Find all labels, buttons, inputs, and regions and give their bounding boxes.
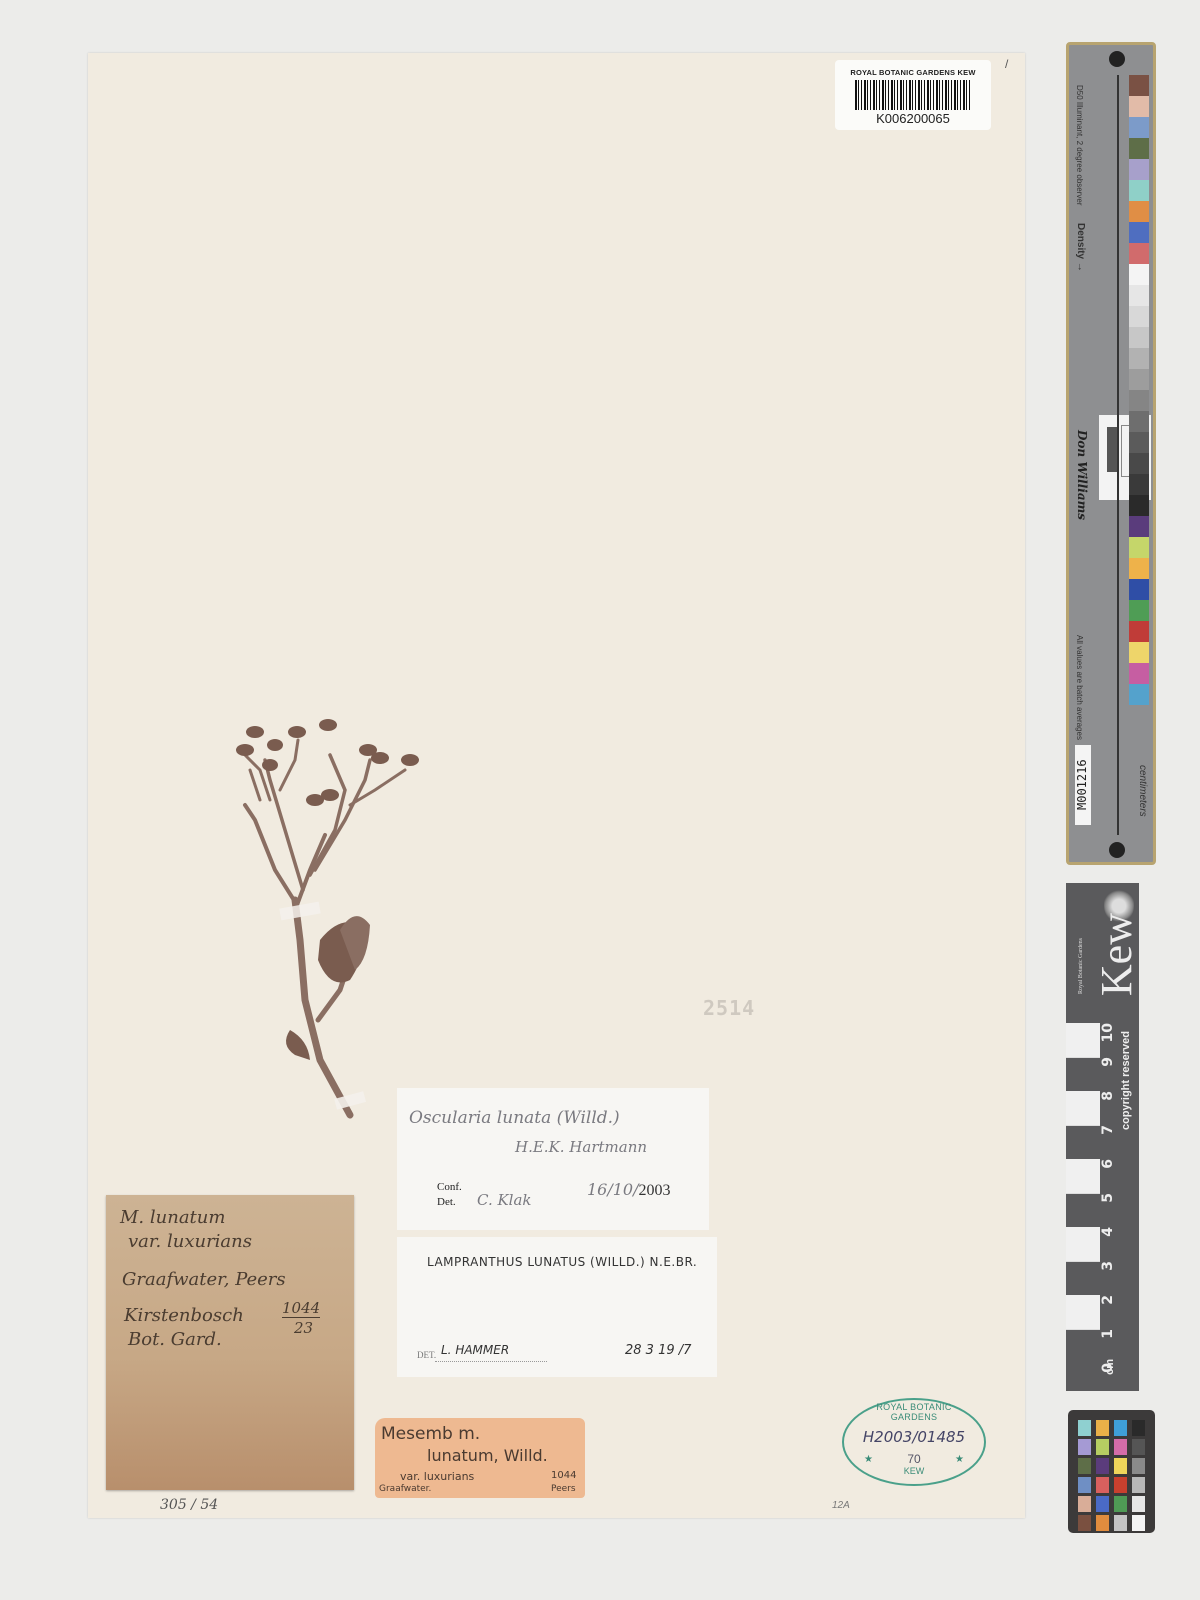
packet-fraction-denominator: 23 — [294, 1319, 313, 1337]
packet-line-5: Bot. Gard. — [128, 1329, 222, 1350]
det2-dotted-line — [435, 1361, 547, 1362]
barcode-label: ROYAL BOTANIC GARDENS KEW K006200065 — [835, 60, 991, 130]
checker-swatch — [1132, 1420, 1145, 1436]
pressed-plant-specimen — [200, 700, 430, 1140]
scale-tick-line — [1117, 75, 1119, 835]
kew-accession-stamp: ROYAL BOTANIC GARDENS H2003/01485 ★ 70 ★… — [842, 1398, 986, 1486]
ruler-white-strip — [1066, 1091, 1100, 1125]
scale-brand-logo: Don Williams — [1075, 430, 1089, 520]
scale-hole-bottom — [1109, 842, 1125, 858]
checker-swatch — [1096, 1477, 1109, 1493]
checker-swatch — [1132, 1496, 1145, 1512]
ruler-tick — [1066, 1193, 1100, 1194]
color-patch — [1129, 537, 1149, 558]
color-patch — [1129, 684, 1149, 705]
orange-label-line-2: lunatum, Willd. — [427, 1446, 548, 1465]
density-label: Density → — [1075, 223, 1086, 272]
illuminant-note: D50 Illuminant, 2 degree observer — [1075, 85, 1084, 206]
barcode-number: K006200065 — [835, 111, 991, 126]
det1-taxon-name: Oscularia lunata (Willd.) — [409, 1108, 620, 1128]
det1-date-day-month: 16/10/ — [587, 1180, 639, 1199]
color-patch — [1129, 306, 1149, 327]
checker-swatch — [1078, 1496, 1091, 1512]
color-patch — [1129, 327, 1149, 348]
checker-swatch — [1096, 1496, 1109, 1512]
color-patch — [1129, 348, 1149, 369]
ruler-tick — [1066, 1329, 1100, 1330]
packet-fraction-numerator: 1044 — [282, 1299, 320, 1318]
color-patch — [1129, 201, 1149, 222]
ruler-number: 3 — [1100, 1261, 1116, 1271]
faint-stamp-number: 2514 — [703, 996, 755, 1020]
color-patch — [1129, 138, 1149, 159]
ruler-number: 1 — [1100, 1329, 1116, 1339]
corner-pencil-mark: / — [1005, 57, 1008, 71]
orange-label-line-3: var. luxurians — [400, 1470, 474, 1483]
barcode-bars — [855, 80, 971, 110]
checker-swatch — [1114, 1477, 1127, 1493]
ruler-tick — [1066, 1261, 1100, 1262]
det2-determiner: L. HAMMER — [441, 1343, 509, 1357]
packet-line-3: Graafwater, Peers — [122, 1269, 286, 1290]
color-patch — [1129, 495, 1149, 516]
ruler-numbers: 109876543210 — [1100, 1023, 1118, 1383]
color-patch — [1129, 264, 1149, 285]
orange-label-number: 1044 — [551, 1470, 576, 1481]
checker-swatch — [1078, 1458, 1091, 1474]
checker-swatch — [1132, 1515, 1145, 1531]
checker-swatch — [1096, 1458, 1109, 1474]
packet-line-4: Kirstenbosch — [124, 1305, 244, 1326]
det1-conf-det-labels: Conf. Det. — [437, 1180, 462, 1210]
averages-note: All values are batch averages — [1075, 635, 1084, 740]
color-patch — [1129, 558, 1149, 579]
color-patches — [1129, 75, 1149, 705]
checker-swatch — [1114, 1515, 1127, 1531]
color-patch — [1129, 516, 1149, 537]
centimeters-label: centimeters — [1137, 765, 1148, 817]
kew-logo: Kew — [1091, 913, 1142, 996]
ruler-number: 2 — [1100, 1295, 1116, 1305]
det1-date: 16/10/2003 — [587, 1180, 671, 1200]
stamp-kew-text: KEW — [844, 1466, 984, 1476]
ruler-white-strip — [1066, 1295, 1100, 1329]
checker-swatch — [1096, 1420, 1109, 1436]
stamp-arc-text: ROYAL BOTANIC GARDENS — [854, 1402, 974, 1422]
color-patch — [1129, 579, 1149, 600]
checker-swatch — [1114, 1420, 1127, 1436]
det2-date: 28 3 19 /7 — [625, 1343, 691, 1358]
original-collection-label: Mesemb m. lunatum, Willd. var. luxurians… — [375, 1418, 585, 1498]
kew-logo-subtitle: Royal Botanic Gardens — [1078, 938, 1084, 994]
ruler-white-strip — [1066, 1159, 1100, 1193]
ruler-number: 10 — [1100, 1023, 1116, 1042]
seed-packet: M. lunatum var. luxurians Graafwater, Pe… — [106, 1195, 354, 1490]
det1-determiner: C. Klak — [477, 1191, 532, 1209]
color-patch — [1129, 390, 1149, 411]
checker-swatch — [1078, 1515, 1091, 1531]
checker-swatch — [1114, 1496, 1127, 1512]
checker-swatch — [1078, 1439, 1091, 1455]
color-patch — [1129, 474, 1149, 495]
color-patch — [1129, 222, 1149, 243]
packet-line-2: var. luxurians — [128, 1231, 252, 1252]
orange-label-locality: Graafwater. — [379, 1484, 431, 1494]
color-patch — [1129, 243, 1149, 264]
determination-slip-old: LAMPRANTHUS LUNATUS (WILLD.) N.E.BR. DET… — [397, 1237, 717, 1377]
ruler-tick — [1066, 1057, 1100, 1058]
ruler-number: 5 — [1100, 1193, 1116, 1203]
stamp-accession-number: H2003/01485 — [852, 1428, 976, 1446]
orange-label-collector: Peers — [551, 1484, 576, 1494]
color-patch — [1129, 453, 1149, 474]
ruler-checker-pattern — [1066, 1023, 1100, 1358]
barcode-institution: ROYAL BOTANIC GARDENS KEW — [835, 68, 991, 77]
color-patch — [1129, 600, 1149, 621]
copyright-text: copyright reserved — [1120, 1031, 1132, 1130]
checker-swatch — [1078, 1420, 1091, 1436]
color-patch — [1129, 432, 1149, 453]
ruler-white-strip — [1066, 1023, 1100, 1057]
ruler-number: 8 — [1100, 1091, 1116, 1101]
color-patch — [1129, 180, 1149, 201]
det2-det-label: DET. — [417, 1350, 436, 1360]
ruler-unit-label: cm — [1104, 1359, 1116, 1375]
checker-swatch — [1132, 1439, 1145, 1455]
checker-swatch — [1114, 1439, 1127, 1455]
color-patch — [1129, 642, 1149, 663]
checker-swatch — [1096, 1515, 1109, 1531]
color-checker-card — [1068, 1410, 1155, 1533]
checker-swatch — [1132, 1458, 1145, 1474]
det1-taxon-author: H.E.K. Hartmann — [515, 1138, 647, 1156]
color-density-scale: inches centimeters D50 Illuminant, 2 deg… — [1066, 42, 1156, 865]
sheet-pencil-note: 305 / 54 — [160, 1497, 218, 1513]
checker-swatch — [1114, 1458, 1127, 1474]
ruler-white-strip — [1066, 1227, 1100, 1261]
color-patch — [1129, 411, 1149, 432]
det-label: Det. — [437, 1195, 462, 1210]
color-patch — [1129, 96, 1149, 117]
orange-label-line-1: Mesemb m. — [381, 1424, 480, 1444]
ruler-number: 4 — [1100, 1227, 1116, 1237]
ruler-tick — [1066, 1125, 1100, 1126]
conf-label: Conf. — [437, 1180, 462, 1195]
color-patch — [1129, 663, 1149, 684]
ruler-number: 9 — [1100, 1057, 1116, 1067]
determination-slip-confirmed: Oscularia lunata (Willd.) H.E.K. Hartman… — [397, 1088, 709, 1230]
color-patch — [1129, 75, 1149, 96]
packet-line-1: M. lunatum — [120, 1207, 225, 1228]
scale-code-label: M001216 — [1075, 745, 1091, 825]
ruler-number: 6 — [1100, 1159, 1116, 1169]
checker-swatch — [1078, 1477, 1091, 1493]
color-patch — [1129, 621, 1149, 642]
scale-hole-top — [1109, 51, 1125, 67]
star-icon: ★ — [955, 1454, 964, 1465]
color-patch — [1129, 117, 1149, 138]
det2-taxon-name: LAMPRANTHUS LUNATUS (WILLD.) N.E.BR. — [427, 1255, 697, 1269]
color-patch — [1129, 369, 1149, 390]
checker-swatch — [1132, 1477, 1145, 1493]
bottom-pencil-mark: 12A — [832, 1500, 850, 1511]
ruler-number: 7 — [1100, 1125, 1116, 1135]
color-patch — [1129, 159, 1149, 180]
checker-swatch — [1096, 1439, 1109, 1455]
det1-date-year: 2003 — [639, 1182, 671, 1199]
color-patch — [1129, 285, 1149, 306]
kew-cm-ruler: Kew Royal Botanic Gardens copyright rese… — [1066, 883, 1139, 1391]
